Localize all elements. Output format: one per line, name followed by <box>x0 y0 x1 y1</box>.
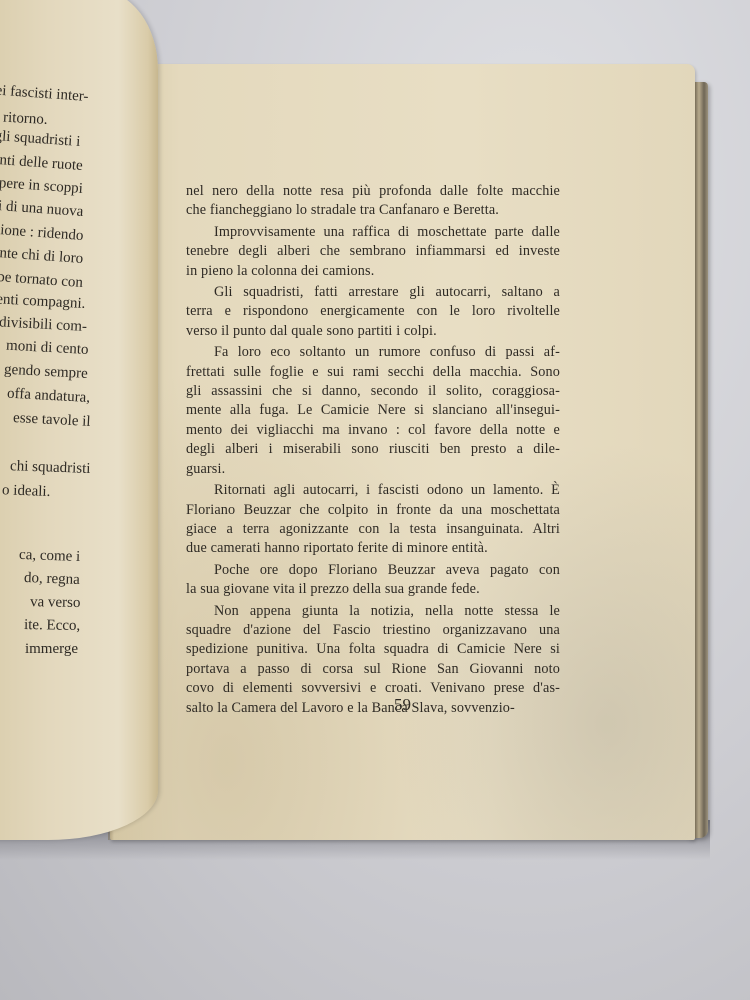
text-fragment: mente chi di loro <box>0 243 84 269</box>
right-page: nel nero della notte resa più profonda d… <box>110 64 695 840</box>
text-fragment: immerge <box>25 640 78 659</box>
text-fragment: rri dei fascisti inter- <box>0 80 89 107</box>
paragraph: Fa loro eco soltanto un rumore confuso d… <box>186 343 560 479</box>
text-line: Fa loro eco soltanto un rumore confuso d… <box>186 343 560 362</box>
text-line: mento dei vigliacchi ma invano : col fav… <box>186 421 560 440</box>
text-fragment: ite. Ecco, <box>24 616 81 636</box>
text-fragment: 'azione : ridendo <box>0 220 84 246</box>
text-fragment: chi squadristi <box>9 457 90 479</box>
text-line: degli alberi i miserabili sono riusciti … <box>186 440 560 459</box>
text-line: spedizione punitiva. Una folta squadra d… <box>186 640 560 659</box>
text-line: guarsi. <box>186 460 560 479</box>
text-fragment: mpere in scoppi <box>0 173 84 199</box>
paragraph: nel nero della notte resa più profonda d… <box>186 182 560 221</box>
text-fragment: divisibili com- <box>0 313 87 337</box>
text-fragment: diti di una nuova <box>0 196 84 222</box>
text-line: Floriano Beuzzar che colpito in fronte d… <box>186 501 560 520</box>
page-number: 59 <box>110 695 695 715</box>
text-fragment: ca, come i <box>18 546 80 567</box>
paragraph: Gli squadristi, fatti arrestare gli auto… <box>186 283 560 341</box>
text-fragment: va verso <box>29 593 80 613</box>
text-fragment: do, regna <box>24 569 80 590</box>
text-line: gli assassini che si danno, secondo il s… <box>186 382 560 401</box>
text-fragment: esse tavole il <box>12 409 90 432</box>
text-line: portava a passo di corsa sul Rione San G… <box>186 660 560 679</box>
left-page-text-fragments: rri dei fascisti inter-ritorno.ra gli sq… <box>0 0 110 690</box>
paragraph: Ritornati agli autocarri, i fascisti odo… <box>186 481 560 559</box>
text-line: Gli squadristi, fatti arrestare gli auto… <box>186 283 560 302</box>
paragraph: Improvvisamente una raffica di moschetta… <box>186 223 560 281</box>
text-line: Poche ore dopo Floriano Beuzzar aveva pa… <box>186 561 560 580</box>
text-line: la sua giovane vita il prezzo della sua … <box>186 580 560 599</box>
text-line: tenebre degli alberi che sembrano infiam… <box>186 242 560 261</box>
text-line: nel nero della notte resa più profonda d… <box>186 182 560 201</box>
text-fragment: o ideali. <box>1 481 50 502</box>
text-fragment: gendo sempre <box>4 361 89 384</box>
text-line: verso il punto dal quale sono partiti i … <box>186 322 560 341</box>
text-line: Non appena giunta la notizia, nella nott… <box>186 602 560 621</box>
text-line: terra e rispondono energicamente con le … <box>186 302 560 321</box>
text-line: in pieno la colonna dei camions. <box>186 262 560 281</box>
text-line: Ritornati agli autocarri, i fascisti odo… <box>186 481 560 500</box>
text-line: frettati sulle foglie e sui rami secchi … <box>186 363 560 382</box>
text-fragment: lenti compagni. <box>0 290 85 314</box>
text-fragment: ra gli squadristi i <box>0 126 81 152</box>
right-page-body-text: nel nero della notte resa più profonda d… <box>186 182 560 718</box>
text-fragment: olenti delle ruote <box>0 150 84 176</box>
text-line: squadre d'azione del Fascio triestino or… <box>186 621 560 640</box>
text-fragment: offa andatura, <box>7 385 91 408</box>
text-fragment: be tornato con <box>0 268 84 293</box>
text-fragment: moni di cento <box>5 337 88 360</box>
left-page: rri dei fascisti inter-ritorno.ra gli sq… <box>0 0 158 840</box>
paragraph: Poche ore dopo Floriano Beuzzar aveva pa… <box>186 561 560 600</box>
text-line: giace a terra agonizzante con la testa i… <box>186 520 560 539</box>
text-line: Improvvisamente una raffica di moschetta… <box>186 223 560 242</box>
text-line: che fiancheggiano lo stradale tra Canfan… <box>186 201 560 220</box>
text-line: due camerati hanno riportato ferite di m… <box>186 539 560 558</box>
text-fragment: ritorno. <box>3 109 49 130</box>
text-line: mente alla fuga. Le Camicie Nere si slan… <box>186 401 560 420</box>
